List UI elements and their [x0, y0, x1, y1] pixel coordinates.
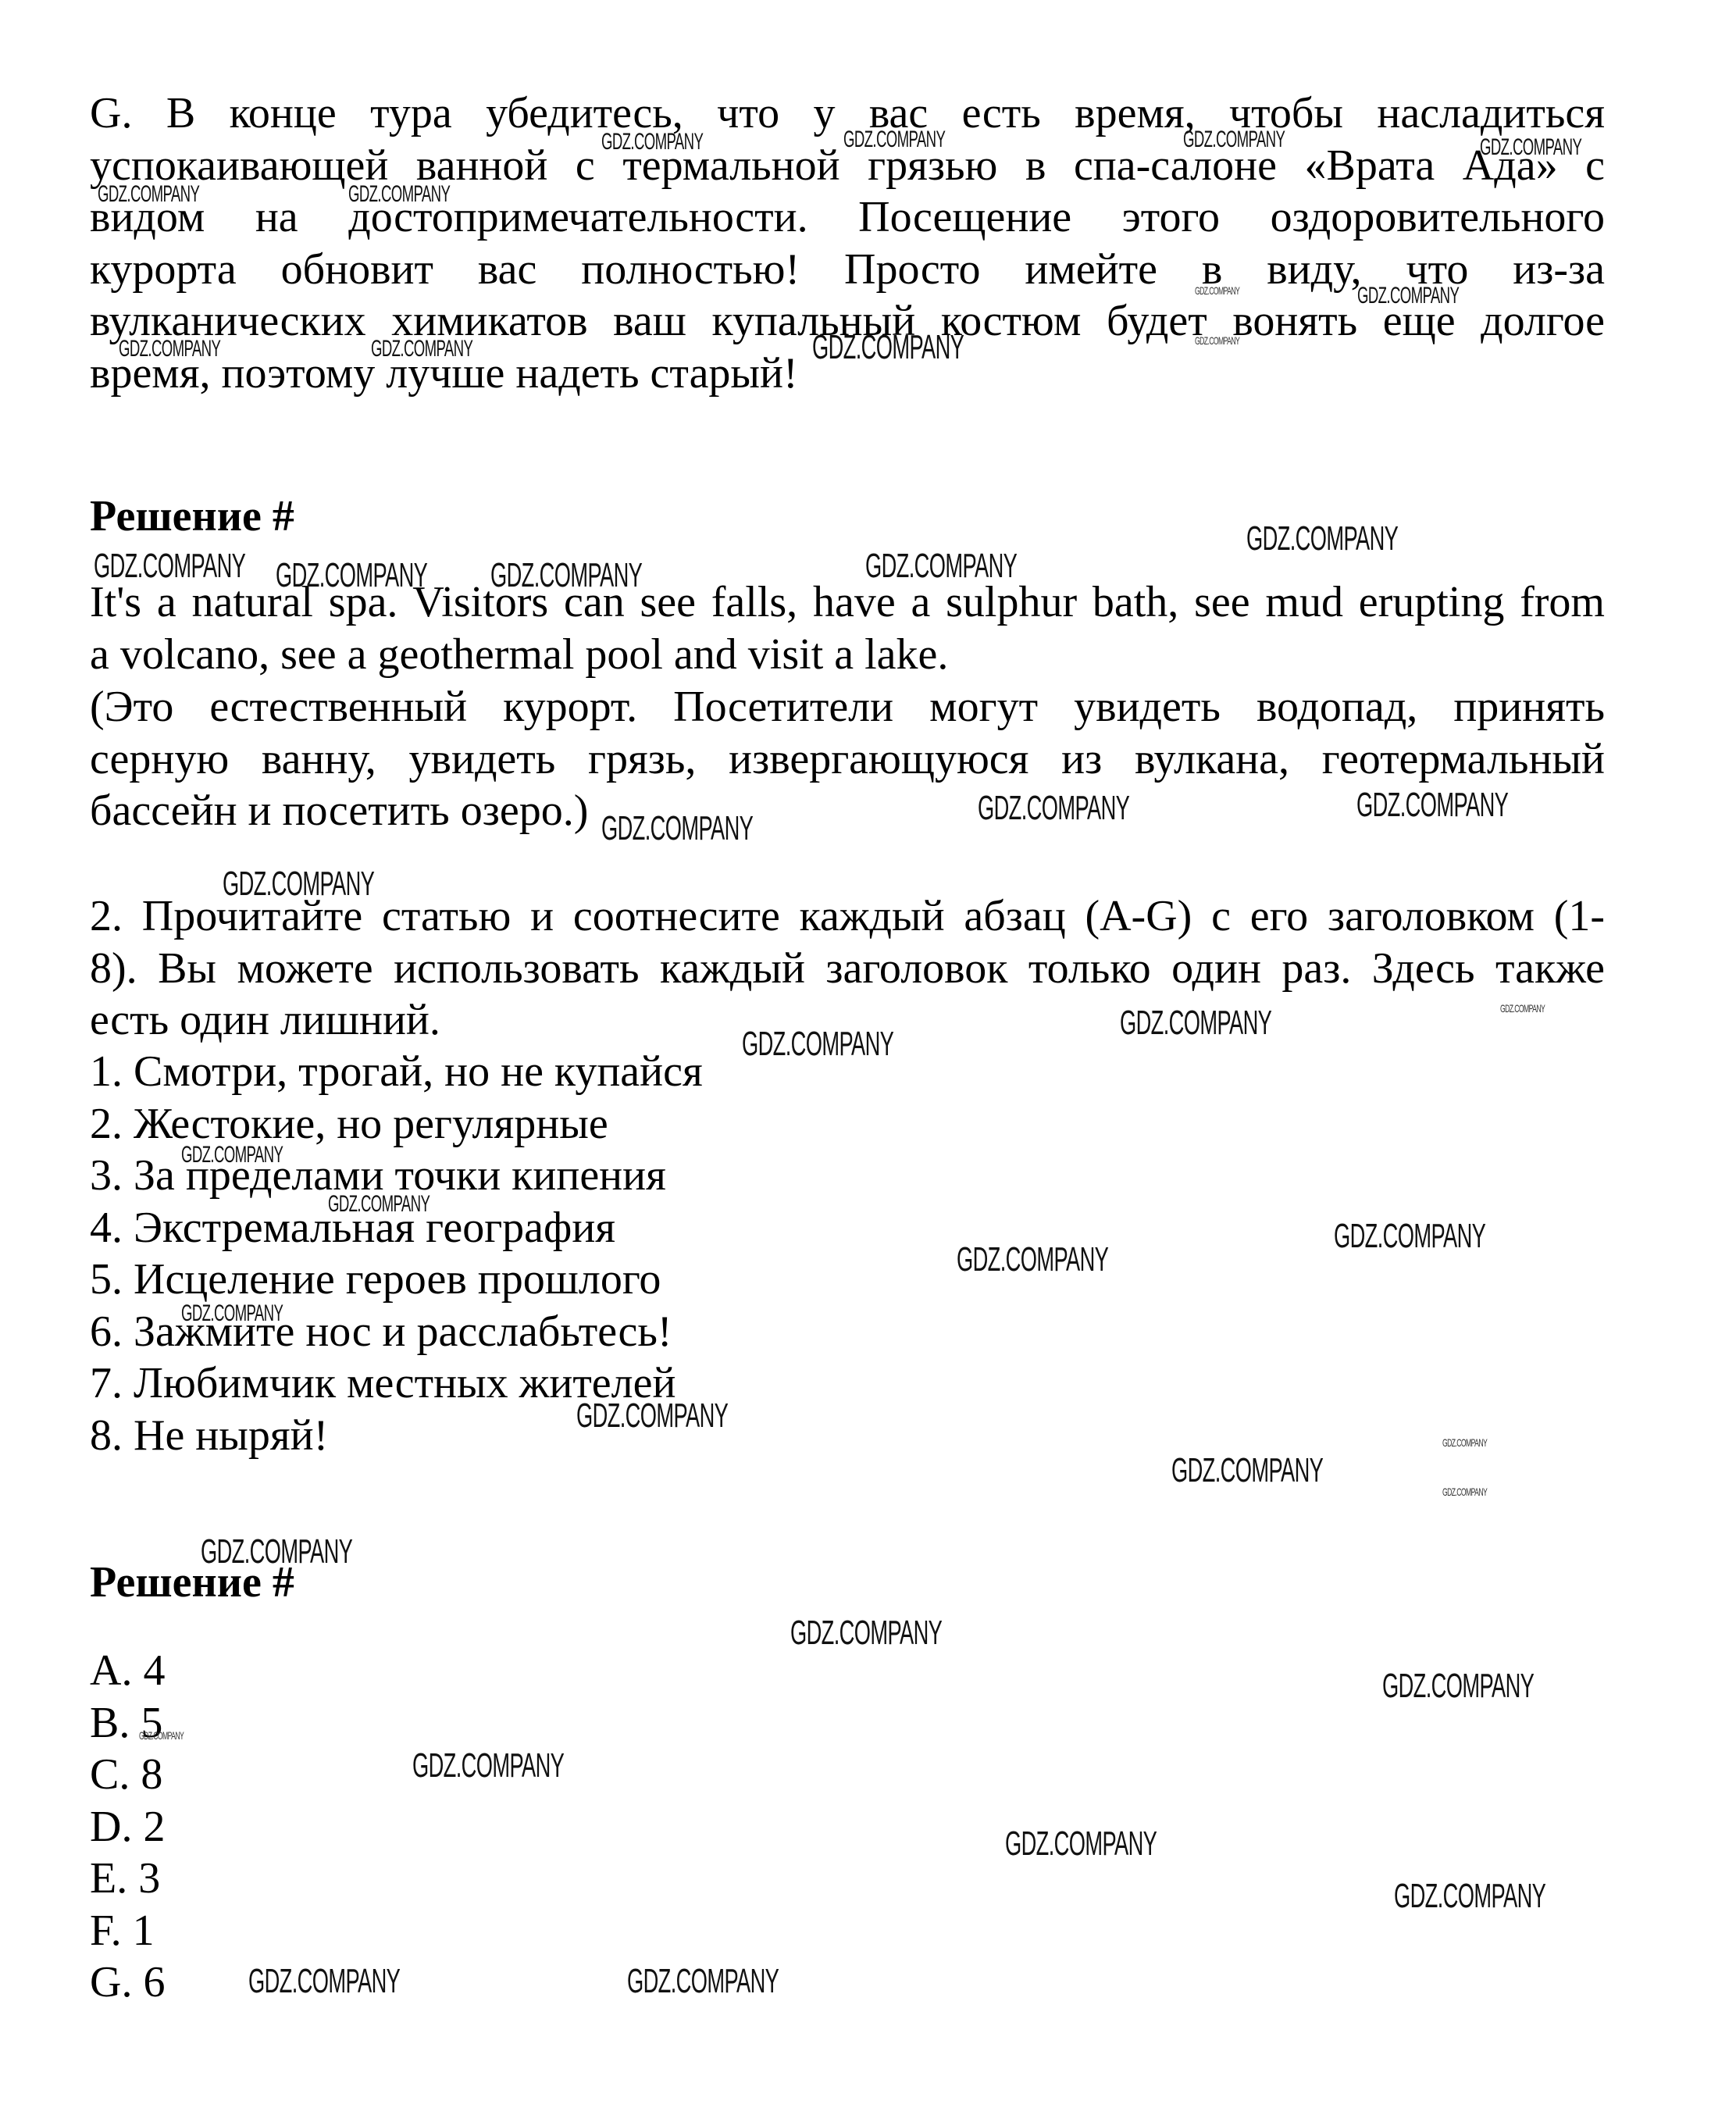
- heading-item: 2. Жестокие, но регулярные: [90, 1098, 1605, 1150]
- heading-item: 8. Не ныряй!: [90, 1410, 1605, 1462]
- watermark: GDZ.COMPANY: [1195, 284, 1239, 297]
- watermark: GDZ.COMPANY: [1356, 786, 1508, 825]
- watermark: GDZ.COMPANY: [1442, 1436, 1487, 1449]
- watermark: GDZ.COMPANY: [201, 1532, 352, 1571]
- watermark: GDZ.COMPANY: [1246, 519, 1398, 558]
- watermark: GDZ.COMPANY: [601, 129, 703, 155]
- watermark: GDZ.COMPANY: [181, 1142, 283, 1168]
- watermark: GDZ.COMPANY: [601, 809, 753, 848]
- watermark: GDZ.COMPANY: [328, 1191, 430, 1218]
- watermark: GDZ.COMPANY: [1005, 1824, 1157, 1864]
- solution-russian-line: (Это естественный курорт. Посетители мог…: [90, 681, 1605, 733]
- watermark: GDZ.COMPANY: [119, 336, 220, 362]
- heading-item: 6. Зажмите нос и расслабьтесь!: [90, 1306, 1605, 1358]
- watermark: GDZ.COMPANY: [1357, 283, 1459, 309]
- answer-item: C. 8: [90, 1749, 1605, 1801]
- watermark: GDZ.COMPANY: [1500, 1002, 1545, 1015]
- heading-item: 5. Исцеление героев прошлого: [90, 1254, 1605, 1306]
- solution-english-line: a volcano, see a geothermal pool and vis…: [90, 629, 1605, 681]
- watermark: GDZ.COMPANY: [576, 1396, 728, 1436]
- watermark: GDZ.COMPANY: [1480, 134, 1581, 161]
- watermark: GDZ.COMPANY: [865, 547, 1017, 586]
- watermark: GDZ.COMPANY: [223, 865, 374, 904]
- answer-item: E. 3: [90, 1853, 1605, 1905]
- watermark: GDZ.COMPANY: [1382, 1667, 1534, 1706]
- watermark: GDZ.COMPANY: [1394, 1877, 1545, 1916]
- watermark: GDZ.COMPANY: [276, 556, 427, 595]
- watermark: GDZ.COMPANY: [248, 1962, 400, 2001]
- watermark: GDZ.COMPANY: [139, 1729, 184, 1742]
- task-2-instruction: 2. Прочитайте статью и соотнесите каждый…: [90, 890, 1605, 1047]
- watermark: GDZ.COMPANY: [348, 181, 450, 208]
- solution-russian-line: серную ванну, увидеть грязь, извергающую…: [90, 733, 1605, 786]
- watermark: GDZ.COMPANY: [1195, 334, 1239, 347]
- paragraph-line: видом на достопримечательности. Посещени…: [90, 191, 1605, 244]
- answer-item: F. 1: [90, 1905, 1605, 1957]
- watermark: GDZ.COMPANY: [978, 789, 1129, 828]
- heading-item: 3. За пределами точки кипения: [90, 1150, 1605, 1202]
- watermark: GDZ.COMPANY: [1334, 1217, 1485, 1256]
- watermark: GDZ.COMPANY: [371, 336, 472, 362]
- watermark: GDZ.COMPANY: [957, 1240, 1108, 1279]
- instruction-line: 8). Вы можете использовать каждый заголо…: [90, 943, 1605, 995]
- answers-list: A. 4 B. 5 C. 8 D. 2 E. 3 F. 1 G. 6: [90, 1645, 1605, 2009]
- watermark: GDZ.COMPANY: [94, 547, 245, 586]
- watermark: GDZ.COMPANY: [1442, 1486, 1487, 1498]
- answer-item: B. 5: [90, 1697, 1605, 1750]
- watermark: GDZ.COMPANY: [490, 556, 642, 595]
- answer-item: D. 2: [90, 1801, 1605, 1853]
- watermark: GDZ.COMPANY: [98, 181, 199, 208]
- watermark: GDZ.COMPANY: [627, 1962, 779, 2001]
- watermark: GDZ.COMPANY: [1183, 127, 1285, 153]
- watermark: GDZ.COMPANY: [412, 1746, 564, 1785]
- watermark: GDZ.COMPANY: [181, 1300, 283, 1327]
- watermark: GDZ.COMPANY: [790, 1614, 942, 1653]
- watermark: GDZ.COMPANY: [812, 328, 964, 367]
- watermark: GDZ.COMPANY: [1171, 1451, 1323, 1490]
- watermark: GDZ.COMPANY: [843, 127, 945, 153]
- watermark: GDZ.COMPANY: [1120, 1004, 1271, 1043]
- watermark: GDZ.COMPANY: [742, 1025, 893, 1064]
- document-page: G. В конце тура убедитесь, что у вас ест…: [0, 0, 1736, 2108]
- heading-item: 7. Любимчик местных жителей: [90, 1357, 1605, 1410]
